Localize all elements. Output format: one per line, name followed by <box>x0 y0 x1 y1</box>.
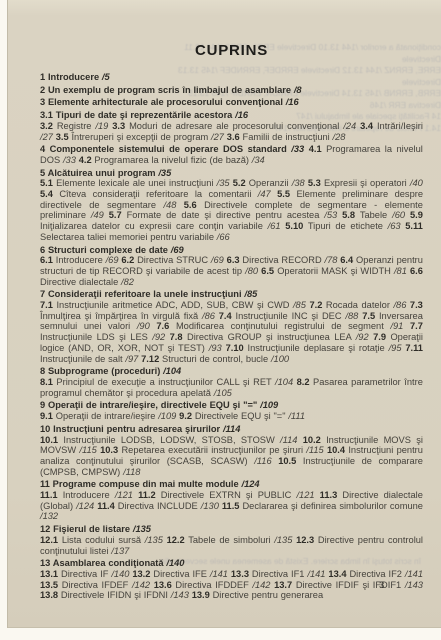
toc-entry: 2 Un exemplu de program scris în limbaju… <box>40 85 423 96</box>
toc-entry: 13.1 Directiva IF /140 13.2 Directiva IF… <box>40 569 423 601</box>
page-number: 3 <box>379 580 384 591</box>
toc-content: CUPRINS 1 Introducere /52 Un exemplu de … <box>40 42 423 601</box>
toc-entry: 10.1 Instrucţiunile LODSB, LODSW, STOSB,… <box>40 435 423 478</box>
toc-entry: 8 Subprograme (proceduri) /104 <box>40 366 423 377</box>
toc-entry: 9.1 Operaţii de intrare/ieşire /109 9.2 … <box>40 411 423 422</box>
toc-list: 1 Introducere /52 Un exemplu de program … <box>40 72 423 601</box>
toc-entry: 5.1 Elemente lexicale ale unei instrucţi… <box>40 178 423 242</box>
toc-entry: 11.1 Introducere /121 11.2 Directivele E… <box>40 490 423 522</box>
toc-entry: 9 Operaţii de intrare/ieşire, directivel… <box>40 400 423 411</box>
toc-entry: 3.2 Registre /19 3.3 Moduri de adresare … <box>40 121 423 142</box>
toc-entry: 12 Fişierul de listare /135 <box>40 524 423 535</box>
scanned-page: condiţionată a erorilor /144 13.10 Direc… <box>7 0 441 628</box>
toc-entry: 7 Consideraţii referitoare la unele inst… <box>40 289 423 300</box>
toc-entry: 10 Instrucţiuni pentru adresarea şiruril… <box>40 424 423 435</box>
toc-entry: 8.1 Principiul de execuţie a instrucţiun… <box>40 377 423 398</box>
toc-entry: 6.1 Introducere /69 6.2 Directiva STRUC … <box>40 255 423 287</box>
toc-entry: 3 Elemente arhitecturale ale procesorulu… <box>40 97 423 108</box>
toc-entry: 13 Asamblarea condiţionată /140 <box>40 558 423 569</box>
toc-entry: 11 Programe compuse din mai multe module… <box>40 479 423 490</box>
toc-entry: 7.1 Instrucţiunile aritmetice ADC, ADD, … <box>40 300 423 364</box>
toc-entry: 1 Introducere /5 <box>40 72 423 83</box>
toc-entry: 5 Alcătuirea unui program /35 <box>40 168 423 179</box>
toc-entry: 12.1 Lista codului sursă /135 12.2 Tabel… <box>40 535 423 556</box>
toc-entry: 6 Structuri complexe de date /69 <box>40 245 423 256</box>
toc-entry: 4 Componentele sistemului de operare DOS… <box>40 144 423 165</box>
page-title: CUPRINS <box>40 42 423 59</box>
toc-entry: 3.1 Tipuri de date şi reprezentările ace… <box>40 110 423 121</box>
